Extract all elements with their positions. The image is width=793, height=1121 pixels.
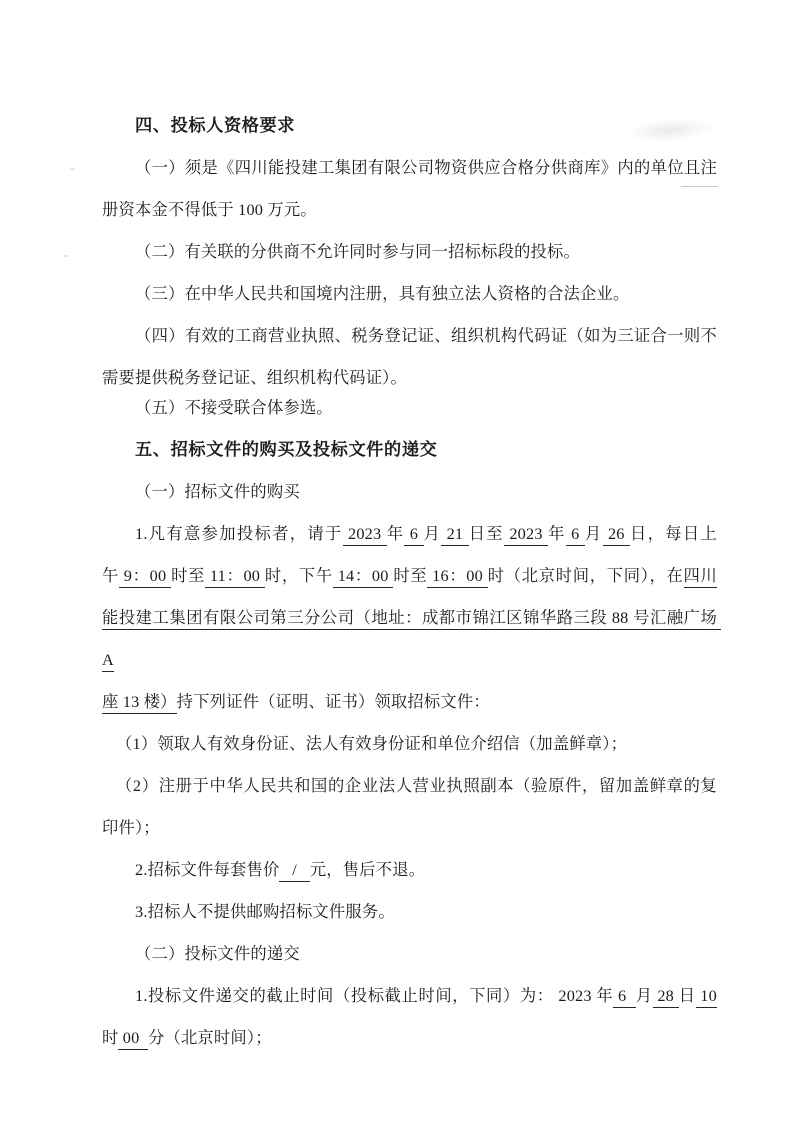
text-line: 能投建工集团有限公司第三分公司（地址：成都市锦江区锦华路三段 88 号汇融广场 … [102, 597, 717, 681]
underlined-fill-in-text: 9：00 [119, 566, 171, 588]
paragraph: （五）不接受联合体参选。 [102, 387, 717, 429]
text-segment: 月 [424, 524, 442, 543]
text-segment: 册资本金不得低于 100 万元。 [102, 200, 317, 219]
text-segment: （二）有关联的分供商不允许同时参与同一招标标段的投标。 [135, 242, 580, 261]
text-segment: 时，下午 [265, 566, 333, 585]
underlined-fill-in-text: 6 [566, 524, 585, 546]
text-line: 五、招标文件的购买及投标文件的递交 [102, 429, 717, 471]
underlined-fill-in-text: 16：00 [427, 566, 487, 588]
text-segment: 持下列证件（证明、证书）领取招标文件： [177, 692, 490, 711]
paragraph: （一）招标文件的购买 [102, 471, 717, 513]
text-line: 四、投标人资格要求 [102, 105, 717, 147]
underlined-fill-in-text: 00 [118, 1028, 148, 1050]
text-segment: 1.投标文件递交的截止时间（投标截止时间，下同）为： 2023 年 [135, 986, 613, 1005]
text-segment: 月 [636, 986, 653, 1005]
paragraph: （一）须是《四川能投建工集团有限公司物资供应合格分供商库》内的单位且注册资本金不… [102, 147, 717, 231]
text-segment: 午 [102, 566, 119, 585]
underlined-fill-in-text: 座 13 楼） [102, 692, 177, 714]
text-line: （2）注册于中华人民共和国的企业法人营业执照副本（验原件，留加盖鲜章的复 [102, 765, 717, 807]
underlined-fill-in-text: 6 [404, 524, 423, 546]
text-segment: 印件）； [102, 818, 160, 837]
text-line: （1）领取人有效身份证、法人有效身份证和单位介绍信（加盖鲜章）； [102, 723, 717, 765]
text-segment: 1.凡有意参加投标者，请于 [135, 524, 343, 543]
text-line: （一）须是《四川能投建工集团有限公司物资供应合格分供商库》内的单位且注 [102, 147, 717, 189]
underlined-fill-in-text: 14：00 [333, 566, 393, 588]
text-segment: 2.招标文件每套售价 [135, 860, 279, 879]
text-segment: 年 [548, 524, 566, 543]
text-line: 午 9：00 时至 11：00 时，下午 14：00 时至 16：00 时（北京… [102, 555, 717, 597]
document-content: 四、投标人资格要求（一）须是《四川能投建工集团有限公司物资供应合格分供商库》内的… [102, 105, 717, 1059]
text-line: （三）在中华人民共和国境内注册，具有独立法人资格的合法企业。 [102, 273, 717, 315]
underlined-fill-in-text: 10 [696, 986, 717, 1008]
text-line: 印件）； [102, 807, 717, 849]
text-segment: （三）在中华人民共和国境内注册，具有独立法人资格的合法企业。 [135, 284, 629, 303]
text-segment: （1）领取人有效身份证、法人有效身份证和单位介绍信（加盖鲜章）； [116, 734, 627, 753]
text-segment: 分（北京时间）； [148, 1028, 272, 1047]
text-segment: 日至 [469, 524, 504, 543]
paragraph: 2.招标文件每套售价 / 元，售后不退。 [102, 849, 717, 891]
text-line: （四）有效的工商营业执照、税务登记证、组织机构代码证（如为三证合一则不 [102, 315, 717, 357]
text-line: 2.招标文件每套售价 / 元，售后不退。 [102, 849, 717, 891]
underlined-fill-in-text: 6 [613, 986, 635, 1008]
paragraph: （二）有关联的分供商不允许同时参与同一招标标段的投标。 [102, 231, 717, 273]
scan-speck-artifact [70, 168, 75, 170]
underlined-fill-in-text: 四川 [684, 566, 717, 588]
underlined-fill-in-text: 2023 [343, 524, 387, 546]
paragraph: 3.招标人不提供邮购招标文件服务。 [102, 891, 717, 933]
text-line: 1.凡有意参加投标者，请于 2023 年 6 月 21 日至 2023 年 6 … [102, 513, 717, 555]
text-line: 座 13 楼）持下列证件（证明、证书）领取招标文件： [102, 681, 717, 723]
text-segment: （四）有效的工商营业执照、税务登记证、组织机构代码证（如为三证合一则不 [135, 326, 717, 345]
scan-speck-artifact [64, 255, 69, 257]
text-segment: （一）招标文件的购买 [135, 482, 300, 501]
text-line: 时 00 分（北京时间）； [102, 1017, 717, 1059]
text-line: （二）有关联的分供商不允许同时参与同一招标标段的投标。 [102, 231, 717, 273]
text-segment: 3.招标人不提供邮购招标文件服务。 [135, 902, 395, 921]
text-segment: （五）不接受联合体参选。 [135, 398, 333, 417]
paragraph: （二）投标文件的递交 [102, 933, 717, 975]
underlined-fill-in-text: 21 [441, 524, 469, 546]
paragraph: 1.投标文件递交的截止时间（投标截止时间，下同）为： 2023 年 6 月 28… [102, 975, 717, 1059]
section-heading: 四、投标人资格要求 [102, 105, 717, 147]
text-segment: 时 [102, 1028, 118, 1047]
text-line: （五）不接受联合体参选。 [102, 387, 717, 429]
text-segment: 五、招标文件的购买及投标文件的递交 [135, 440, 437, 459]
text-line: （一）招标文件的购买 [102, 471, 717, 513]
text-line: 册资本金不得低于 100 万元。 [102, 189, 717, 231]
section-heading: 五、招标文件的购买及投标文件的递交 [102, 429, 717, 471]
underlined-fill-in-text: 11：00 [205, 566, 265, 588]
text-segment: 元，售后不退。 [310, 860, 425, 879]
text-segment: 日，每日上 [630, 524, 717, 543]
text-line: 3.招标人不提供邮购招标文件服务。 [102, 891, 717, 933]
text-segment: 年 [387, 524, 405, 543]
paragraph: （1）领取人有效身份证、法人有效身份证和单位介绍信（加盖鲜章）； [102, 723, 717, 765]
underlined-fill-in-text: 26 [603, 524, 631, 546]
text-segment: 月 [585, 524, 603, 543]
text-segment: （2）注册于中华人民共和国的企业法人营业执照副本（验原件，留加盖鲜章的复 [116, 776, 717, 795]
underlined-fill-in-text: / [279, 860, 309, 882]
text-segment: 日 [679, 986, 696, 1005]
paragraph: （三）在中华人民共和国境内注册，具有独立法人资格的合法企业。 [102, 273, 717, 315]
text-segment: 四、投标人资格要求 [135, 116, 295, 135]
underlined-fill-in-text: 2023 [504, 524, 548, 546]
underlined-fill-in-text: 28 [653, 986, 679, 1008]
text-segment: 时至 [393, 566, 427, 585]
text-line: 1.投标文件递交的截止时间（投标截止时间，下同）为： 2023 年 6 月 28… [102, 975, 717, 1017]
scanned-document-page: 四、投标人资格要求（一）须是《四川能投建工集团有限公司物资供应合格分供商库》内的… [0, 0, 793, 1121]
text-line: （二）投标文件的递交 [102, 933, 717, 975]
text-segment: 时（北京时间，下同），在 [488, 566, 684, 585]
underlined-fill-in-text: 能投建工集团有限公司第三分公司（地址：成都市锦江区锦华路三段 88 号汇融广场 … [102, 608, 721, 672]
text-segment: （一）须是《四川能投建工集团有限公司物资供应合格分供商库》内的单位且注 [135, 158, 717, 177]
text-segment: 需要提供税务登记证、组织机构代码证）。 [102, 368, 407, 387]
paragraph: 1.凡有意参加投标者，请于 2023 年 6 月 21 日至 2023 年 6 … [102, 513, 717, 723]
text-segment: （二）投标文件的递交 [135, 944, 300, 963]
paragraph: （2）注册于中华人民共和国的企业法人营业执照副本（验原件，留加盖鲜章的复印件）； [102, 765, 717, 849]
text-segment: 时至 [171, 566, 205, 585]
